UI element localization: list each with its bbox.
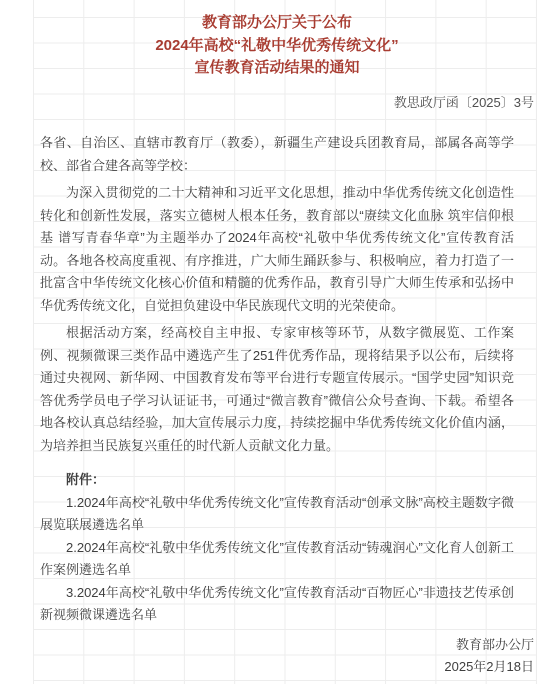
attachment-item-3: 3.2024年高校“礼敬中华优秀传统文化”宣传教育活动“百物匠心”非遗技艺传承创… bbox=[40, 582, 514, 627]
attachments-heading: 附件： bbox=[40, 469, 514, 492]
attachment-item-2: 2.2024年高校“礼敬中华优秀传统文化”宣传教育活动“铸魂润心”文化育人创新工… bbox=[40, 537, 514, 582]
document-number: 教思政厅函〔2025〕3号 bbox=[40, 92, 534, 115]
notice-title: 教育部办公厅关于公布 2024年高校“礼敬中华优秀传统文化” 宣传教育活动结果的… bbox=[40, 12, 514, 80]
notice-page: 教育部办公厅关于公布 2024年高校“礼敬中华优秀传统文化” 宣传教育活动结果的… bbox=[0, 0, 554, 684]
signature-issuer: 教育部办公厅 bbox=[40, 634, 534, 657]
notice-content: 教育部办公厅关于公布 2024年高校“礼敬中华优秀传统文化” 宣传教育活动结果的… bbox=[0, 0, 554, 684]
signature-date: 2025年2月18日 bbox=[40, 656, 534, 679]
notice-title-line-2: 2024年高校“礼敬中华优秀传统文化” bbox=[155, 37, 398, 54]
body-paragraph-2: 根据活动方案，经高校自主申报、专家审核等环节，从数字微展览、工作案例、视频微课三… bbox=[40, 322, 514, 457]
salutation: 各省、自治区、直辖市教育厅（教委），新疆生产建设兵团教育局，部属各高等学校、部省… bbox=[40, 132, 514, 177]
attachment-item-1: 1.2024年高校“礼敬中华优秀传统文化”宣传教育活动“创承文脉”高校主题数字微… bbox=[40, 492, 514, 537]
signature-block: 教育部办公厅 2025年2月18日 bbox=[40, 634, 534, 679]
notice-title-line-3: 宣传教育活动结果的通知 bbox=[194, 59, 359, 76]
notice-title-line-1: 教育部办公厅关于公布 bbox=[202, 14, 352, 31]
body-paragraph-1: 为深入贯彻党的二十大精神和习近平文化思想，推动中华优秀传统文化创造性转化和创新性… bbox=[40, 182, 514, 317]
attachments-section: 附件： 1.2024年高校“礼敬中华优秀传统文化”宣传教育活动“创承文脉”高校主… bbox=[0, 469, 554, 627]
